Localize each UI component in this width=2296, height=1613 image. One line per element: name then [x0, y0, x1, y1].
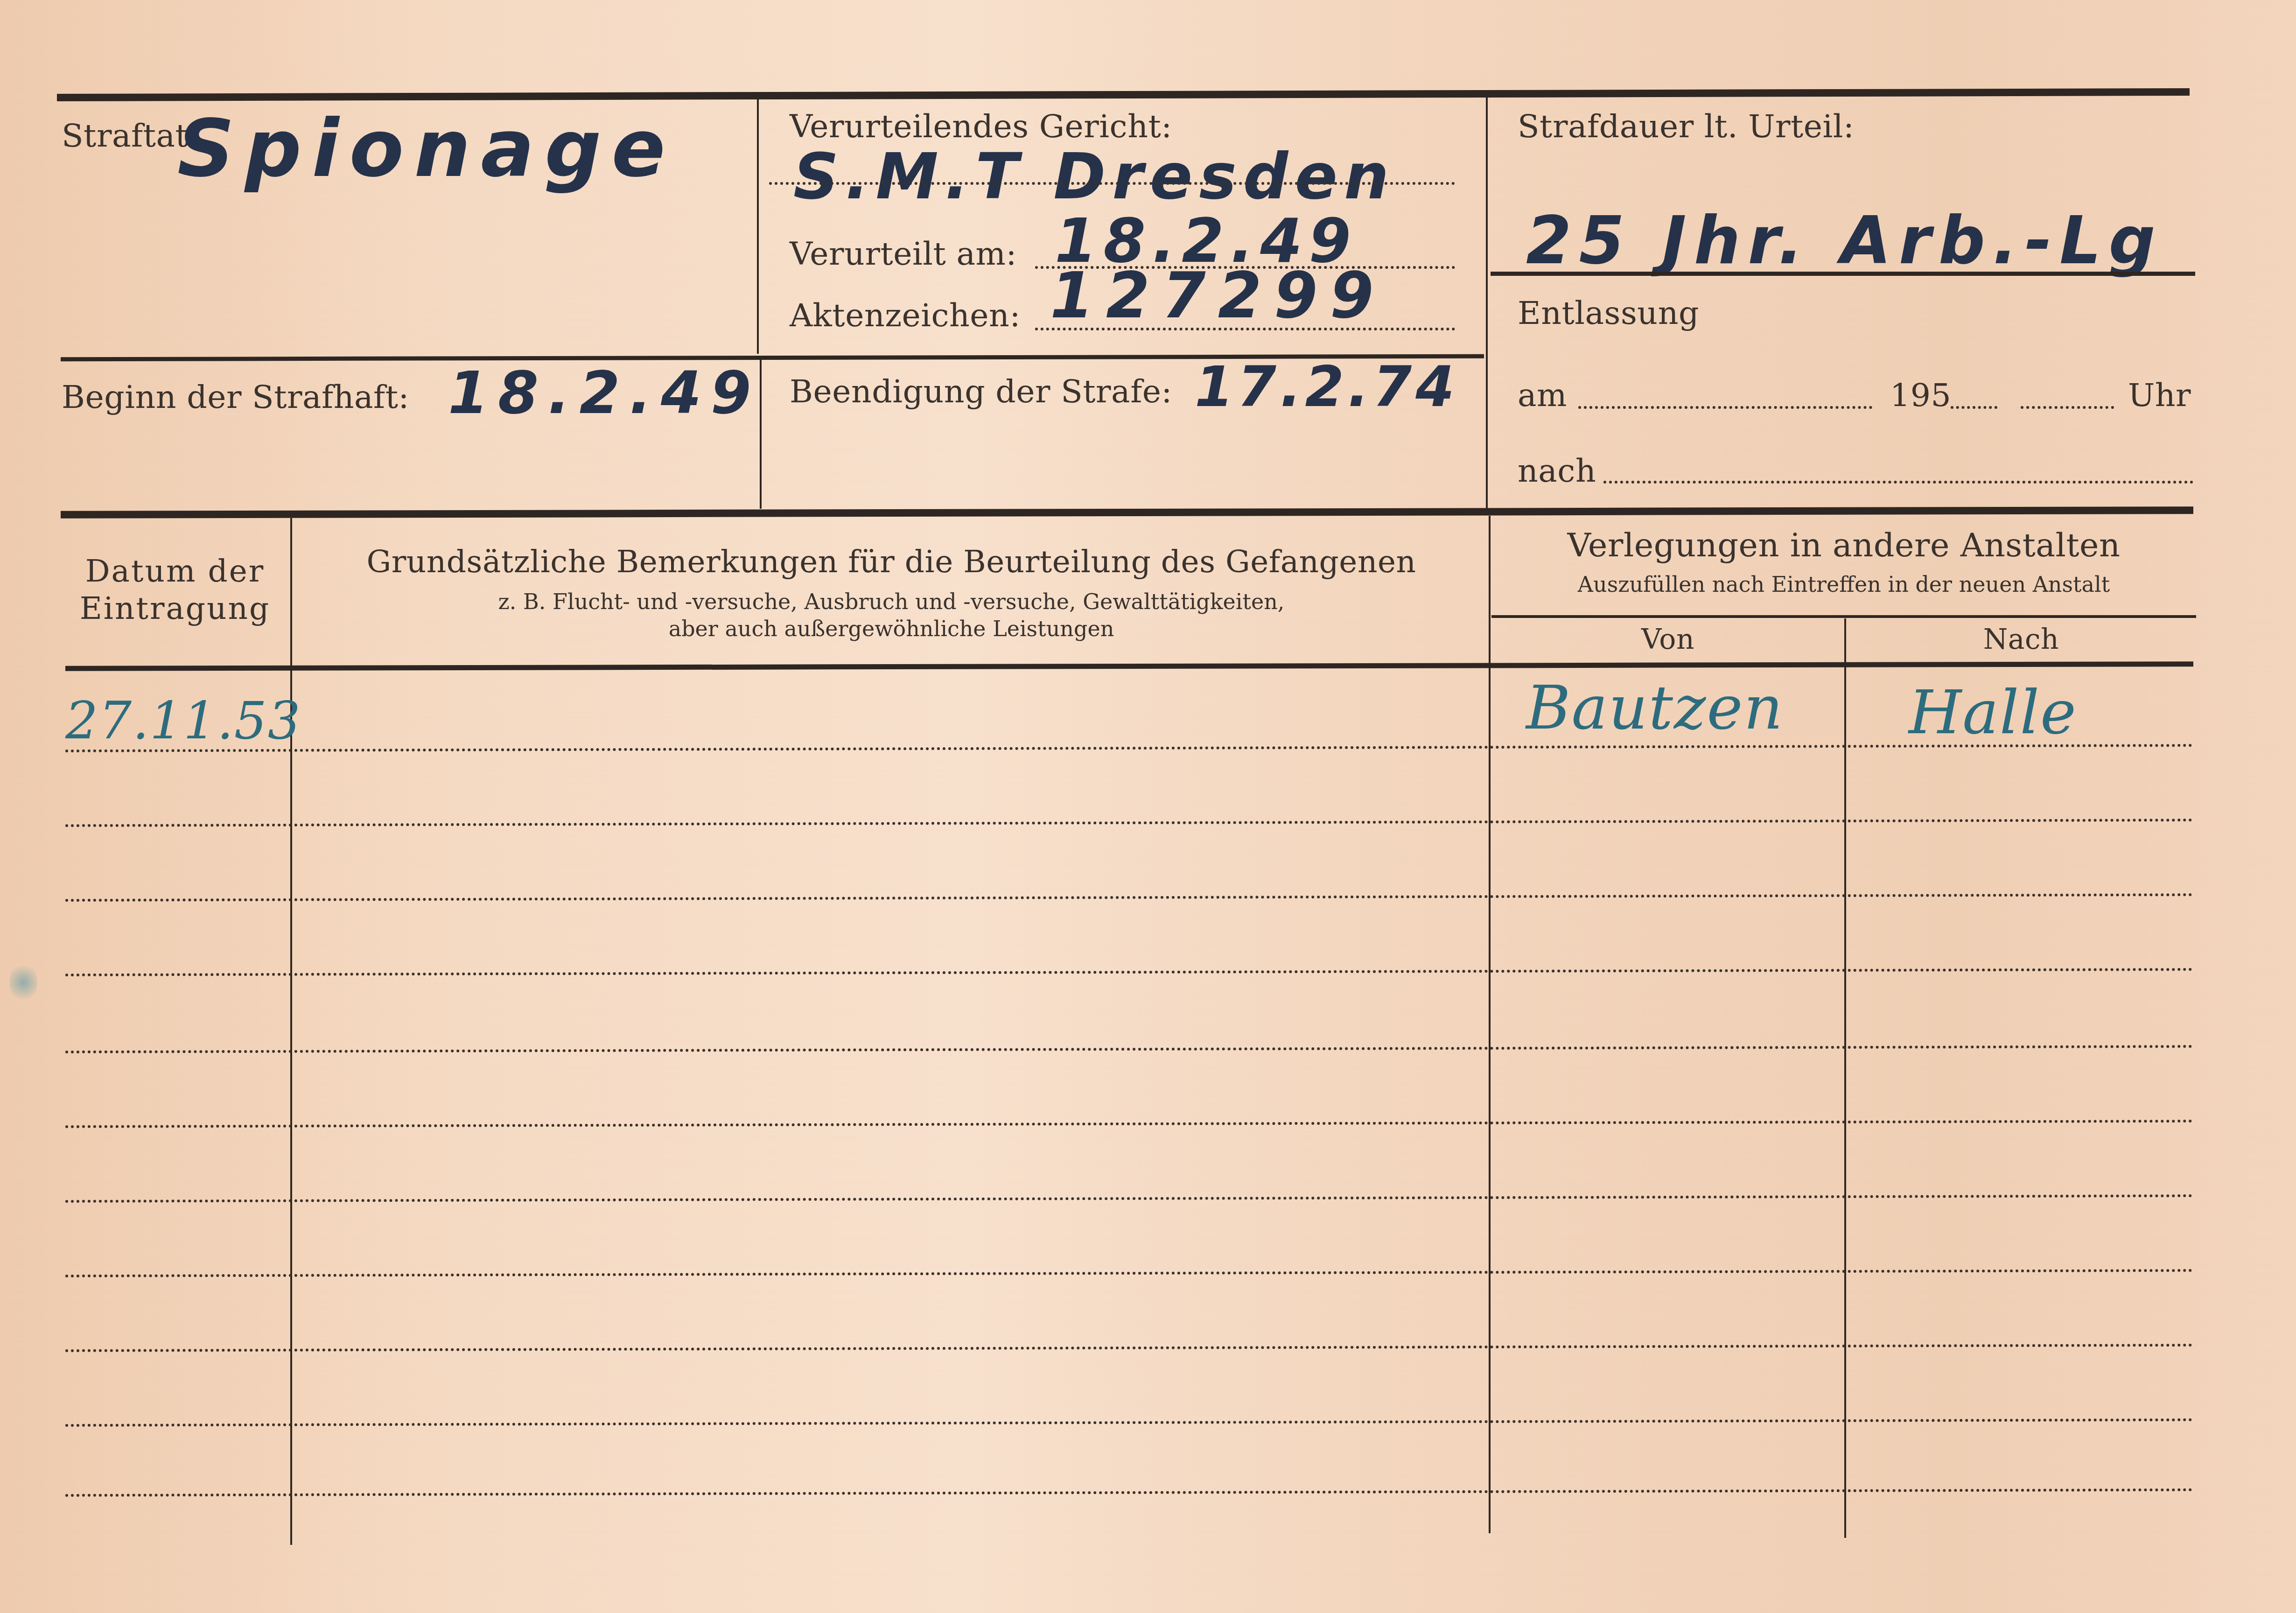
release-am-label: am: [1518, 377, 1567, 414]
custody-end-value[interactable]: 17.2.74: [1195, 355, 1458, 420]
sentenced-on-label: Verurteilt am:: [790, 236, 1017, 273]
release-date-line[interactable]: [1578, 406, 1872, 409]
row-1-to[interactable]: Halle: [1909, 677, 2077, 748]
custody-end-label: Beendigung der Strafe:: [790, 373, 1172, 410]
release-label: Entlassung: [1518, 295, 1699, 332]
to-header: Nach: [1846, 623, 2196, 656]
custody-start-value[interactable]: 18.2.49: [448, 359, 761, 427]
row-line: [65, 1194, 2193, 1203]
release-to-label: nach: [1518, 453, 1596, 490]
remarks-subheader-1: z. B. Flucht- und -versuche, Ausbruch un…: [294, 589, 1489, 614]
row-1-date[interactable]: 27.11.53: [65, 691, 301, 750]
row-line: [65, 744, 2193, 752]
prisoner-record-card: Straftat: Spionage Verurteilendes Gerich…: [0, 0, 2296, 1613]
release-year-line[interactable]: [1951, 406, 1997, 409]
col-divider-date: [290, 518, 292, 1545]
table-header-rule: [65, 661, 2193, 671]
file-number-label: Aktenzeichen:: [790, 297, 1021, 334]
release-year-prefix: 195: [1890, 377, 1951, 414]
from-header: Von: [1491, 623, 1844, 656]
ink-stain: [9, 961, 37, 1003]
file-number-value[interactable]: 127299: [1050, 259, 1386, 332]
row-line: [65, 1344, 2193, 1352]
transfers-sub-rule: [1491, 615, 2196, 618]
row-line: [65, 1418, 2193, 1427]
transfers-header: Verlegungen in andere Anstalten: [1491, 526, 2196, 564]
duration-rule: [1491, 272, 2195, 276]
top-rule: [57, 88, 2190, 101]
release-to-line[interactable]: [1603, 481, 2193, 484]
row-line: [65, 893, 2193, 902]
col-divider-from-to: [1844, 618, 1846, 1538]
date-header-line2: Eintragung: [65, 590, 285, 626]
row-line: [65, 1045, 2193, 1053]
row-line: [65, 819, 2193, 827]
row-line: [65, 1269, 2193, 1277]
row-line: [65, 1488, 2193, 1497]
table-top-rule: [61, 506, 2193, 519]
row-line: [65, 968, 2193, 976]
court-line: [769, 182, 1455, 185]
court-value[interactable]: S.M.T Dresden: [793, 140, 1395, 213]
duration-value[interactable]: 25 Jhr. Arb.-Lg: [1526, 203, 2163, 279]
release-time-label: Uhr: [2128, 377, 2191, 414]
custody-start-label: Beginn der Strafhaft:: [62, 379, 409, 416]
divider-court-duration: [1486, 95, 1488, 511]
col-divider-remarks: [1489, 516, 1491, 1533]
transfers-subheader: Auszufüllen nach Eintreffen in der neuen…: [1491, 572, 2196, 597]
remarks-subheader-2: aber auch außergewöhnliche Leistungen: [294, 616, 1489, 641]
offense-value[interactable]: Spionage: [177, 103, 676, 195]
duration-label: Strafdauer lt. Urteil:: [1518, 108, 1854, 145]
divider-offense-court: [757, 97, 759, 354]
release-time-line[interactable]: [2021, 406, 2114, 409]
row-line: [65, 1120, 2193, 1128]
date-header-line1: Datum der: [65, 553, 285, 589]
row-1-from[interactable]: Bautzen: [1526, 672, 1784, 743]
file-number-line: [1035, 328, 1455, 330]
remarks-header: Grundsätzliche Bemerkungen für die Beurt…: [294, 544, 1489, 580]
